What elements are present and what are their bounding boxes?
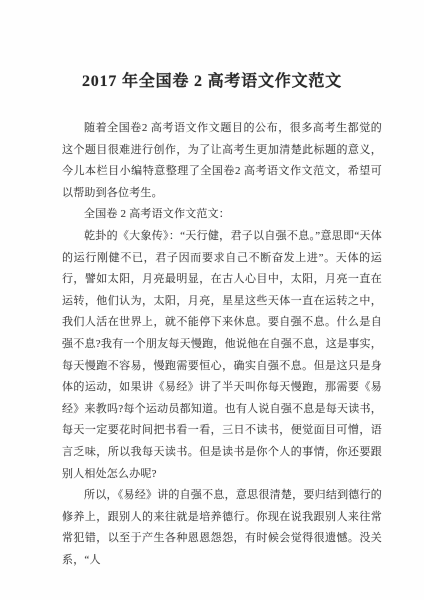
paragraph-essay-part2: 所以，《易经》讲的自强不息，意思很清楚，要归结到德行的修养上，跟别人的来往就是培…	[62, 485, 382, 571]
paragraph-intro: 随着全国卷2 高考语文作文题目的公布，很多高考生都觉的这个题目很难进行创作，为了…	[62, 118, 382, 204]
paragraph-subtitle: 全国卷 2 高考语文作文范文：	[62, 204, 382, 226]
page-title: 2017 年全国卷 2 高考语文作文范文	[0, 68, 424, 91]
document-page: 2017 年全国卷 2 高考语文作文范文 随着全国卷2 高考语文作文题目的公布，…	[0, 0, 424, 600]
document-body: 随着全国卷2 高考语文作文题目的公布，很多高考生都觉的这个题目很难进行创作，为了…	[62, 118, 382, 571]
paragraph-essay-part1: 乾卦的《大象传》：“天行健，君子以自强不息。”意思即“天体的运行刚健不已，君子因…	[62, 226, 382, 485]
